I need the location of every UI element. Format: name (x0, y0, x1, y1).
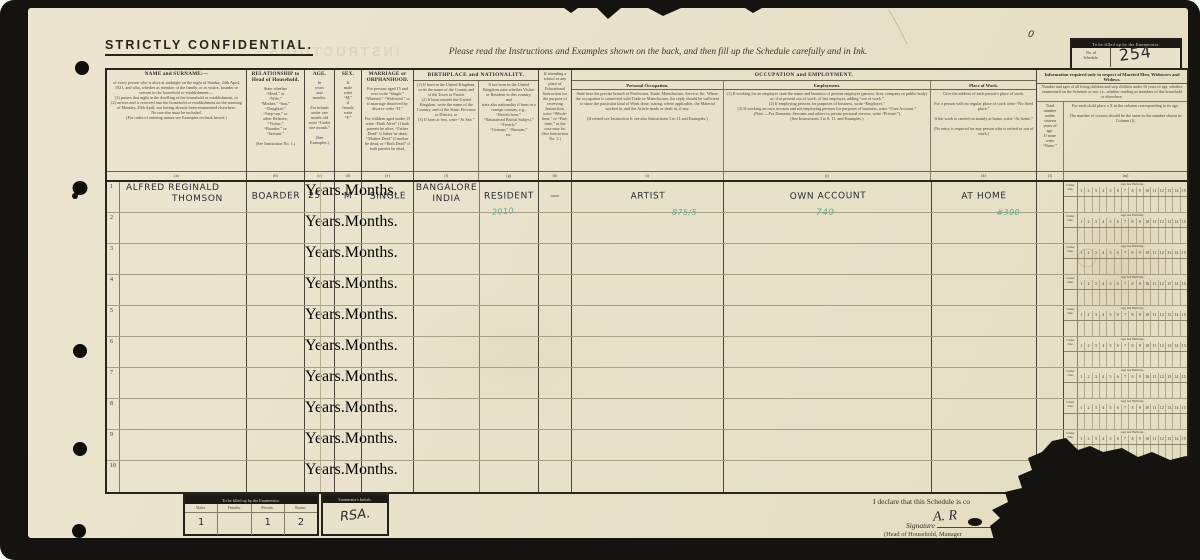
cell-education: — (539, 182, 572, 212)
cell-name (120, 244, 247, 274)
col-header-birthplace-nationality: BIRTHPLACE and NATIONALITY. (1) If born … (414, 70, 539, 180)
cell-sex (335, 337, 362, 367)
cell-relationship (247, 244, 305, 274)
cell-birthplace (414, 399, 480, 429)
entry-place-of-work: AT HOME (961, 191, 1006, 202)
row-number: 6 (107, 337, 120, 367)
census-schedule-scan: INSTRUCTIONS STRICTLY CONFIDENTIAL. Plea… (0, 0, 1200, 560)
row-number: 7 (107, 368, 120, 398)
table-row: 2Years.Months.Under One.Age last Birthda… (107, 213, 1187, 244)
cell-sex: M (335, 182, 362, 212)
cell-name (120, 399, 247, 429)
cell-nationality (480, 461, 539, 492)
cell-sex (335, 244, 362, 274)
table-body: 1ALFRED REGINALDTHOMSONBOARDERYears.Mont… (107, 182, 1187, 492)
subcol-children-ages: For each child place a X in the column c… (1064, 102, 1187, 180)
cell-occupation: ARTIST875/5 (572, 182, 724, 212)
cell-birthplace (414, 337, 480, 367)
entry-education: — (550, 191, 560, 201)
cell-sex (335, 213, 362, 243)
cell-children-total (1037, 306, 1064, 336)
cell-nationality (480, 244, 539, 274)
cell-birthplace (414, 461, 480, 492)
cell-education (539, 244, 572, 274)
handwritten-zero: 0 (1027, 29, 1035, 40)
census-table: NAME and SURNAME:— of every person who i… (105, 68, 1189, 494)
subcol-place-of-work: Place of Work. Give the address of each … (931, 81, 1036, 180)
cell-marriage: SINGLE (362, 182, 414, 212)
cell-children-total (1037, 337, 1064, 367)
subcol-nationality: If not born in the United Kingdom state … (479, 81, 538, 180)
cell-name (120, 337, 247, 367)
cell-children-total (1037, 244, 1064, 274)
entry-relationship: BOARDER (251, 191, 300, 202)
cell-marriage (362, 430, 414, 460)
cell-sex (335, 430, 362, 460)
cell-marriage (362, 213, 414, 243)
cell-employment (724, 213, 932, 243)
cell-relationship (247, 399, 305, 429)
cell-nationality (480, 368, 539, 398)
subcol-children-total: Total number under sixteen years of age.… (1037, 102, 1064, 180)
entry-marriage: SINGLE (369, 191, 405, 201)
cell-name (120, 275, 247, 305)
cell-education (539, 430, 572, 460)
cell-place-of-work (932, 244, 1037, 274)
cell-education (539, 461, 572, 492)
subcol-employment: Employment. (1) If working for an employ… (724, 81, 932, 180)
row-number: 10 (107, 461, 120, 492)
cell-occupation (572, 461, 724, 492)
cell-marriage (362, 337, 414, 367)
cell-marriage (362, 399, 414, 429)
cell-children-total (1037, 399, 1064, 429)
cell-education (539, 213, 572, 243)
entry-name: ALFRED REGINALDTHOMSON (126, 183, 223, 205)
col-header-children: Information required only in respect of … (1037, 70, 1187, 180)
age-grid: Under One.Age last Birthday.123456789101… (1064, 399, 1187, 429)
col-header-occupation-employment: OCCUPATION and EMPLOYMENT. Personal Occu… (572, 70, 1037, 180)
col-header-age: AGE. In years and months. For infants un… (305, 70, 335, 180)
cell-place-of-work (932, 275, 1037, 305)
cell-marriage (362, 275, 414, 305)
cell-birthplace (414, 306, 480, 336)
cell-children-total (1037, 461, 1064, 492)
cell-age: Years.Months. (305, 337, 335, 367)
entry-birthplace: BANGALOREINDIA (414, 183, 479, 205)
cell-age: Years.Months. (305, 275, 335, 305)
cell-employment: OWN ACCOUNT740 (724, 182, 932, 212)
cell-occupation (572, 399, 724, 429)
row-number: 3 (107, 244, 120, 274)
table-row: 10Years.Months.Under One.Age last Birthd… (107, 461, 1187, 492)
cell-birthplace (414, 275, 480, 305)
cell-name (120, 213, 247, 243)
cell-occupation (572, 337, 724, 367)
cell-age: Years.Months. (305, 213, 335, 243)
col-header-sex: SEX. If male write “M,” if female write … (335, 70, 362, 180)
table-row: 3Years.Months.Under One.Age last Birthda… (107, 244, 1187, 275)
cell-name: ALFRED REGINALDTHOMSON (120, 182, 247, 212)
table-row: 7Years.Months.Under One.Age last Birthda… (107, 368, 1187, 399)
summary-labels: Males. Females. Persons. Rooms. (185, 504, 317, 513)
enumerator-initials-box: Enumerator's Initials. RSA. (321, 494, 389, 536)
cell-place-of-work (932, 461, 1037, 492)
cell-marriage (362, 244, 414, 274)
table-row: 5Years.Months.Under One.Age last Birthda… (107, 306, 1187, 337)
table-row: 8Years.Months.Under One.Age last Birthda… (107, 399, 1187, 430)
cell-occupation (572, 244, 724, 274)
col-header-relationship: RELATIONSHIP to Head of Household. State… (247, 70, 305, 180)
row-number: 2 (107, 213, 120, 243)
cell-birthplace (414, 368, 480, 398)
entry-occupation: ARTIST (630, 191, 665, 201)
entry-nationality: RESIDENT (484, 191, 534, 202)
declaration-text: I declare that this Schedule is co (873, 497, 970, 506)
cell-nationality (480, 430, 539, 460)
schedule-number-value: 254 (1118, 42, 1152, 65)
cell-education (539, 337, 572, 367)
cell-place-of-work (932, 306, 1037, 336)
row-number: 4 (107, 275, 120, 305)
cell-sex (335, 275, 362, 305)
cell-occupation (572, 368, 724, 398)
age-grid: Under One.Age last Birthday.123456789101… (1064, 337, 1187, 367)
schedule-paper: INSTRUCTIONS STRICTLY CONFIDENTIAL. Plea… (28, 8, 1188, 538)
cell-education (539, 306, 572, 336)
cell-sex (335, 368, 362, 398)
cell-relationship (247, 306, 305, 336)
cell-age: Years.Months. (305, 430, 335, 460)
cell-employment (724, 306, 932, 336)
cell-age: Years.Months. (305, 368, 335, 398)
cell-children-total (1037, 275, 1064, 305)
signature-sub-label: (Head of Household, Manager (884, 531, 962, 538)
entry-age: 25 (308, 191, 321, 201)
cell-relationship: BOARDER (247, 182, 305, 212)
age-grid: Under One.Age last Birthday.123456789101… (1064, 461, 1187, 492)
row-number: 8 (107, 399, 120, 429)
cell-nationality (480, 306, 539, 336)
cell-occupation (572, 306, 724, 336)
cell-age: Years.Months. (305, 461, 335, 492)
cell-birthplace (414, 213, 480, 243)
cell-occupation (572, 213, 724, 243)
summary-values: 1 1 2 (185, 513, 317, 535)
cell-nationality: RESIDENT2010 (480, 182, 539, 212)
subcol-personal-occupation: Personal Occupation. State here the prec… (572, 81, 724, 180)
row-number: 5 (107, 306, 120, 336)
col-header-marriage: MARRIAGE or ORPHANHOOD. For persons aged… (362, 70, 414, 180)
cell-age: Years.Months. (305, 244, 335, 274)
age-grid: Under One.Age last Birthday.123456789101… (1064, 430, 1187, 460)
cell-sex (335, 306, 362, 336)
age-grid: Under One.Age last Birthday.123456789101… (1064, 244, 1187, 274)
col-header-education: If attending a school or any place of Ed… (539, 70, 572, 180)
enumerator-summary-box: To be filled up by the Enumerator. Males… (183, 494, 319, 536)
age-grid: Under One.Age last Birthday.123456789101… (1064, 275, 1187, 305)
document-title: STRICTLY CONFIDENTIAL. (105, 38, 313, 56)
cell-employment (724, 399, 932, 429)
summary-header: To be filled up by the Enumerator. (185, 496, 317, 504)
cell-occupation (572, 430, 724, 460)
cell-relationship (247, 368, 305, 398)
age-grid: Under One.Age last Birthday.123456789101… (1064, 182, 1187, 212)
cell-place-of-work: AT HOME#300 (932, 182, 1037, 212)
row-number: 1 (107, 182, 120, 212)
table-row: 6Years.Months.Under One.Age last Birthda… (107, 337, 1187, 368)
cell-name (120, 461, 247, 492)
initials-value: RSA. (322, 499, 388, 527)
cell-birthplace: BANGALOREINDIA (414, 182, 480, 212)
cell-children-total (1037, 182, 1064, 212)
col-header-name: NAME and SURNAME:— of every person who i… (107, 70, 247, 180)
table-row: 9Years.Months.Under One.Age last Birthda… (107, 430, 1187, 461)
cell-nationality (480, 213, 539, 243)
cell-education (539, 275, 572, 305)
cell-employment (724, 461, 932, 492)
cell-education (539, 368, 572, 398)
cell-age: Years.Months. (305, 306, 335, 336)
subcol-birthplace: (1) If born in the United Kingdom, write… (414, 81, 479, 180)
age-grid: Under One.Age last Birthday.123456789101… (1064, 368, 1187, 398)
cell-sex (335, 461, 362, 492)
cell-place-of-work (932, 399, 1037, 429)
cell-age: Years.Months.25 (305, 182, 335, 212)
cell-marriage (362, 368, 414, 398)
cell-nationality (480, 275, 539, 305)
cell-marriage (362, 461, 414, 492)
cell-name (120, 430, 247, 460)
cell-relationship (247, 213, 305, 243)
table-header: NAME and SURNAME:— of every person who i… (107, 70, 1187, 182)
cell-nationality (480, 399, 539, 429)
cell-sex (335, 399, 362, 429)
cell-place-of-work (932, 368, 1037, 398)
cell-marriage (362, 306, 414, 336)
cell-employment (724, 368, 932, 398)
cell-name (120, 306, 247, 336)
cell-name (120, 368, 247, 398)
table-row: 4Years.Months.Under One.Age last Birthda… (107, 275, 1187, 306)
cell-employment (724, 337, 932, 367)
table-row: 1ALFRED REGINALDTHOMSONBOARDERYears.Mont… (107, 182, 1187, 213)
cell-place-of-work (932, 337, 1037, 367)
signature-value: A. R (932, 508, 957, 526)
instruction-note: Please read the Instructions and Example… (378, 47, 938, 57)
cell-employment (724, 430, 932, 460)
cell-employment (724, 275, 932, 305)
cell-occupation (572, 275, 724, 305)
schedule-number-box: To be filled up by the Enumerator. No. o… (1070, 38, 1182, 70)
cell-nationality (480, 337, 539, 367)
cell-employment (724, 244, 932, 274)
cell-birthplace (414, 244, 480, 274)
cell-birthplace (414, 430, 480, 460)
row-number: 9 (107, 430, 120, 460)
entry-sex: M (344, 191, 352, 201)
entry-employment: OWN ACCOUNT (789, 191, 866, 202)
cell-place-of-work (932, 430, 1037, 460)
age-grid: Under One.Age last Birthday.123456789101… (1064, 213, 1187, 243)
schedule-number-label: No. of Schedule. (1072, 48, 1111, 67)
cell-age: Years.Months. (305, 399, 335, 429)
cell-children-total (1037, 368, 1064, 398)
cell-children-total (1037, 430, 1064, 460)
cell-place-of-work (932, 213, 1037, 243)
cell-relationship (247, 337, 305, 367)
cell-relationship (247, 275, 305, 305)
cell-relationship (247, 461, 305, 492)
cell-relationship (247, 430, 305, 460)
cell-education (539, 399, 572, 429)
age-grid: Under One.Age last Birthday.123456789101… (1064, 306, 1187, 336)
cell-children-total (1037, 213, 1064, 243)
